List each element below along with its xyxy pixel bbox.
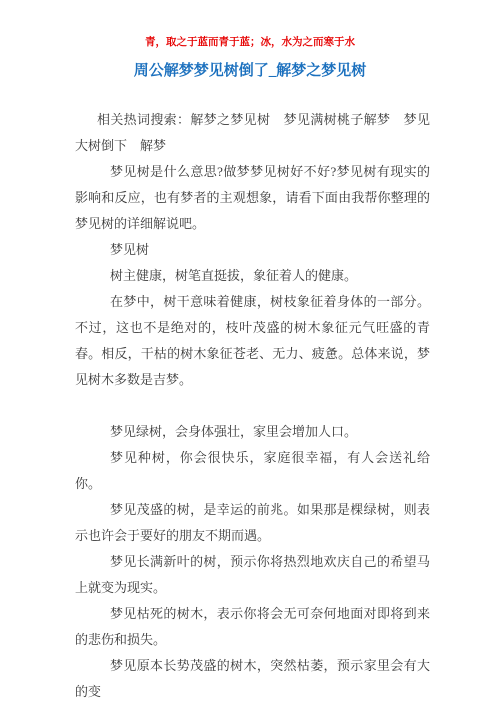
- paragraph-new-leaves: 梦见长满新叶的树，预示你将热烈地欢庆自己的希望马上就变为现实。: [75, 549, 430, 601]
- document-page: 青，取之于蓝而青于蓝；冰，水为之而寒于水 周公解梦梦见树倒了_解梦之梦见树 相关…: [0, 0, 500, 708]
- blank-line: [75, 393, 430, 419]
- related-keywords-line: 相关热词搜索：解梦之梦见树 梦见满树桃子解梦 梦见大树倒下 解梦: [75, 107, 430, 159]
- header-quote: 青，取之于蓝而青于蓝；冰，水为之而寒于水: [0, 0, 500, 49]
- article-body: 相关热词搜索：解梦之梦见树 梦见满树桃子解梦 梦见大树倒下 解梦 梦见树是什么意…: [75, 107, 430, 705]
- paragraph-lush-tree: 梦见茂盛的树，是幸运的前兆。如果那是棵绿树，则表示也许会于要好的朋友不期而遇。: [75, 497, 430, 549]
- paragraph-withered-tree: 梦见原本长势茂盛的树木，突然枯萎，预示家里会有大的变: [75, 653, 430, 705]
- paragraph-tree-health: 树主健康，树笔直挺拔，象征着人的健康。: [75, 263, 430, 289]
- paragraph-dead-tree: 梦见枯死的树木，表示你将会无可奈何地面对即将到来的悲伤和损失。: [75, 601, 430, 653]
- subheading-dream-of-tree: 梦见树: [75, 237, 430, 263]
- paragraph-green-tree: 梦见绿树，会身体强壮，家里会增加人口。: [75, 419, 430, 445]
- paragraph-trunk-symbolism: 在梦中，树干意味着健康，树枝象征着身体的一部分。不过，这也不是绝对的，枝叶茂盛的…: [75, 289, 430, 393]
- intro-paragraph: 梦见树是什么意思?做梦梦见树好不好?梦见树有现实的影响和反应，也有梦者的主观想象…: [75, 159, 430, 237]
- paragraph-planting-tree: 梦见种树，你会很快乐，家庭很幸福，有人会送礼给你。: [75, 445, 430, 497]
- page-title: 周公解梦梦见树倒了_解梦之梦见树: [0, 62, 500, 81]
